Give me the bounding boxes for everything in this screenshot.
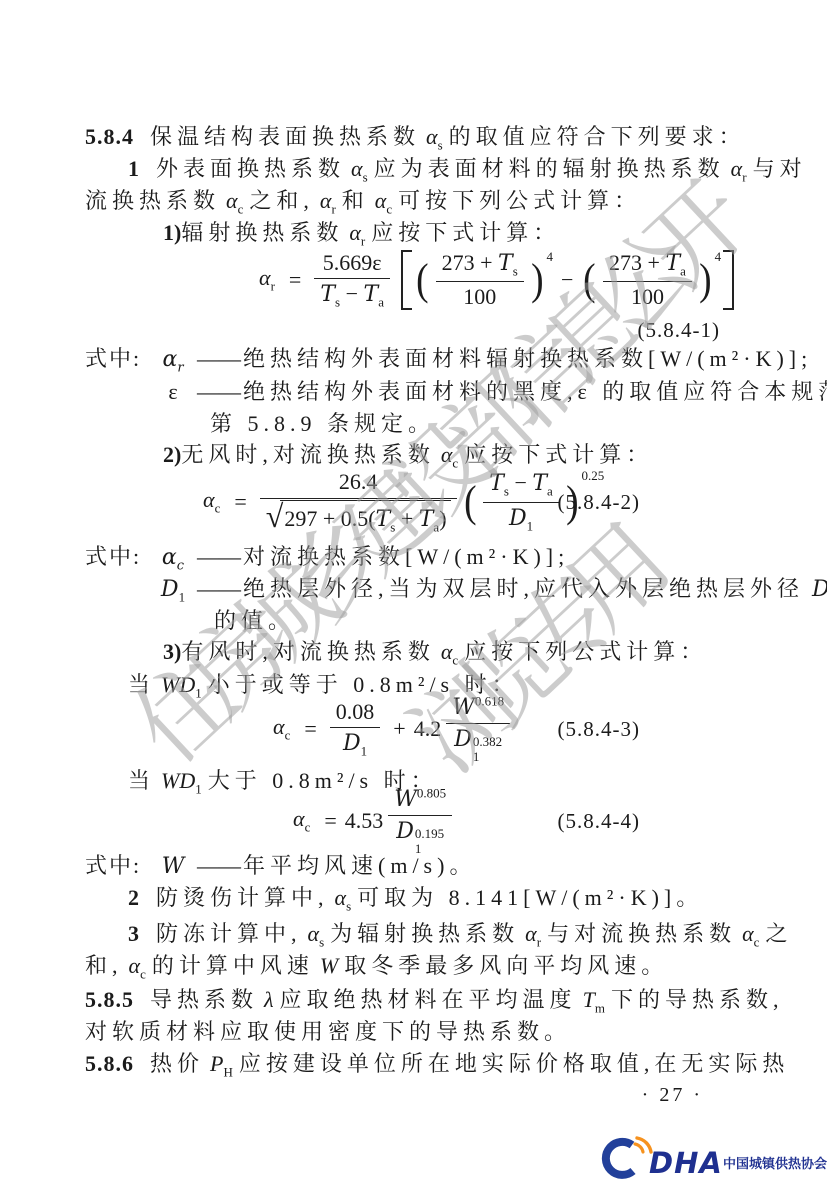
formula-5-8-4-4: αc = 4.53 W0.805 D0.1951 (5.8.4-4) xyxy=(85,793,747,849)
definition-epsilon: ε —— 绝热结构外表面材料的黑度,ε 的取值应符合本规范 xyxy=(85,378,765,406)
logo-acronym: DHA xyxy=(649,1146,723,1180)
document-page: 住房城乡建设部信息公开 浏览专用 5.8.4保温结构表面换热系数αs的取值应符合… xyxy=(0,0,827,1199)
definition-alpha-r: 式中: αr —— 绝热结构外表面材料辐射换热系数[W/(m²·K)]; xyxy=(85,345,765,382)
formula-5-8-4-1: αr = 5.669ε Ts − Ta ( 273 + Ts 100 ) 4 −… xyxy=(85,248,747,312)
logo-name: 中国城镇供热协会 xyxy=(723,1156,827,1171)
clause-5-8-4: 5.8.4保温结构表面换热系数αs的取值应符合下列要求： xyxy=(85,123,765,159)
definition-w: 式中: W —— 年平均风速(m/s)。 xyxy=(85,852,765,881)
clause-5-8-5: 5.8.5导热系数λ应取绝热材料在平均温度Tm下的导热系数, xyxy=(85,986,765,1022)
definition-d1-cont: 的值。 xyxy=(214,607,827,635)
formula-5-8-4-2: αc = 26.4 √297 + 0.5(Ts + Ta) ( Ts − Ta … xyxy=(85,470,747,534)
right-bracket xyxy=(723,250,734,311)
logo-graphic: DHA 中国城镇供热协会 xyxy=(593,1130,827,1188)
cdha-logo: DHA 中国城镇供热协会 xyxy=(593,1130,827,1193)
sub-item-3: 3)有风时,对流换热系数αc应按下列公式计算： xyxy=(163,638,827,674)
definition-d1: D1 —— 绝热层外径,当为双层时,应代入外层绝热层外径 D2 xyxy=(85,575,765,611)
equation-label-3: (5.8.4-3) xyxy=(558,717,640,742)
definition-epsilon-cont: 第 5.8.9 条规定。 xyxy=(210,410,827,438)
equation-label-4: (5.8.4-4) xyxy=(558,809,640,834)
clause-number: 5.8.4 xyxy=(85,124,134,149)
equation-label-2: (5.8.4-2) xyxy=(558,490,640,515)
clause-5-8-6: 5.8.6热价PH应按建设单位所在地实际价格取值,在无实际热 xyxy=(85,1050,765,1086)
item-2: 2防烫伤计算中,αs可取为 8.141[W/(m²·K)]。 xyxy=(128,884,808,920)
item-3-line-1: 3防冻计算中,αs为辐射换热系数αr与对流换热系数αc之 xyxy=(128,920,808,956)
clause-5-8-5-cont: 对软质材料应取使用密度下的导热系数。 xyxy=(85,1018,765,1046)
item-3-line-2: 和,αc的计算中风速W取冬季最多风向平均风速。 xyxy=(85,952,765,988)
item-1-line-2: 流换热系数αc之和,αr和αc可按下列公式计算： xyxy=(85,187,765,223)
left-bracket xyxy=(401,250,412,311)
alpha-s-symbol: αs xyxy=(426,124,443,149)
formula-5-8-4-3: αc = 0.08 D1 + 4.2 W0.618 D0.3821 (5.8.4… xyxy=(85,700,747,758)
item-1-line-1: 1外表面换热系数αs应为表面材料的辐射换热系数αr与对 xyxy=(128,155,808,191)
heat-swoosh-icon xyxy=(606,1138,651,1175)
page-number: · 27 · xyxy=(642,1084,703,1107)
equation-label-1: (5.8.4-1) xyxy=(638,318,720,343)
